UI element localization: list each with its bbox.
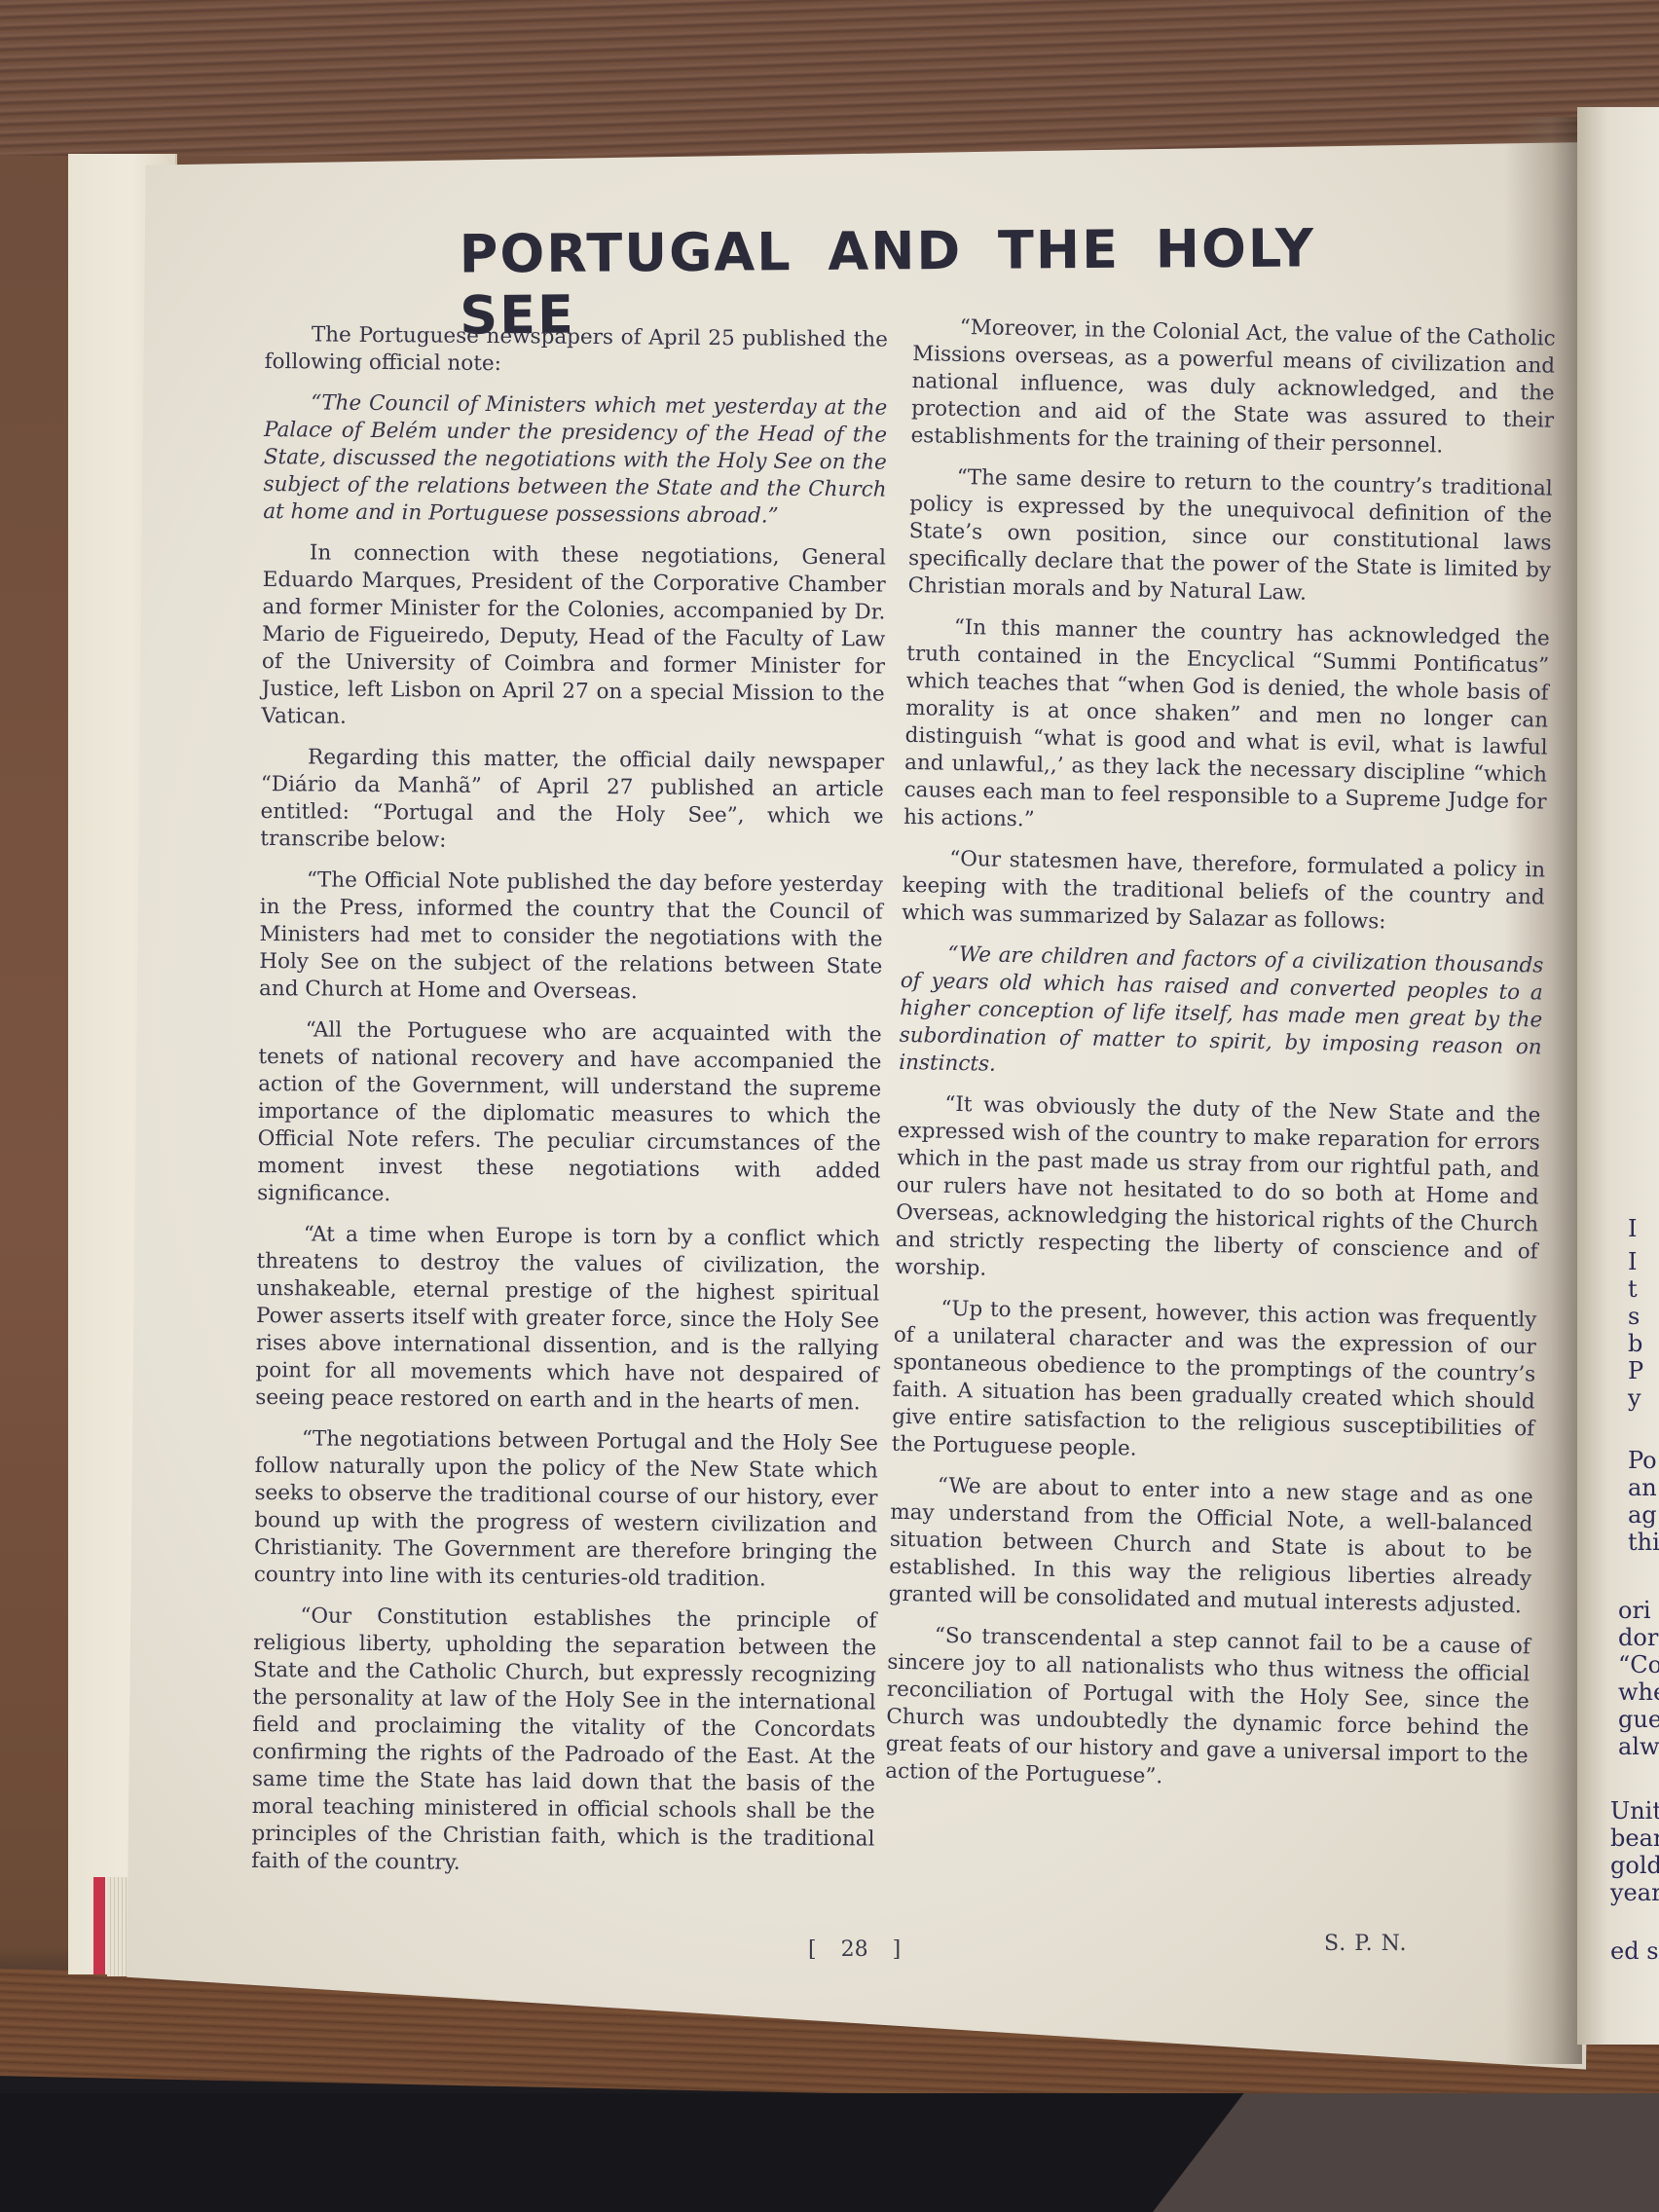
paragraph: “The same desire to return to the countr… [907, 463, 1553, 612]
paragraph: The Portuguese newspapers of April 25 pu… [265, 321, 888, 382]
wooden-table-top [0, 0, 1659, 156]
facing-page-text-fragment: I [1628, 1248, 1637, 1276]
signature: S. P. N. [1324, 1932, 1407, 1956]
right-column: “Moreover, in the Colonial Act, the valu… [885, 313, 1556, 1811]
paragraph: “So transcendental a step cannot fail to… [885, 1622, 1530, 1798]
facing-page-text-fragment: P [1628, 1357, 1643, 1385]
facing-page-text-fragment: Po [1628, 1447, 1657, 1475]
facing-page-text-fragment: thi [1628, 1529, 1659, 1557]
paragraph: Regarding this matter, the official dail… [260, 744, 884, 859]
paragraph: “The Official Note published the day bef… [259, 866, 883, 1009]
facing-page-text-fragment: b [1628, 1330, 1642, 1358]
paragraph: “It was obviously the duty of the New St… [895, 1090, 1541, 1294]
paragraph: “The negotiations between Portugal and t… [254, 1425, 878, 1595]
facing-page-text-fragment: s [1628, 1303, 1640, 1331]
facing-page-text-fragment: years [1610, 1879, 1659, 1907]
facing-page-text-fragment: ag [1628, 1501, 1657, 1530]
facing-page-text-fragment: y [1628, 1384, 1641, 1413]
facing-page-text-fragment: dor [1618, 1624, 1658, 1652]
paragraph: “At a time when Europe is torn by a conf… [255, 1221, 880, 1418]
paragraph: “The Council of Ministers which met yest… [263, 389, 887, 532]
facing-page: IItsbPyPoanagthioridor“CowheguealwaUnitb… [1577, 107, 1659, 2045]
page-number: [ 28 ] [808, 1937, 901, 1962]
facing-page-text-fragment: bear [1610, 1825, 1659, 1853]
paragraph: “All the Portuguese who are acquainted w… [257, 1016, 882, 1213]
facing-page-text-fragment: gue [1618, 1706, 1659, 1734]
paragraph: “We are about to enter into a new stage … [888, 1472, 1533, 1621]
facing-page-text-fragment: alwa [1618, 1733, 1659, 1761]
paragraph: In connection with these negotiations, G… [261, 539, 886, 736]
facing-page-text-fragment: whe [1618, 1678, 1659, 1707]
paragraph: “Our Constitution establishes the princi… [251, 1603, 876, 1881]
paragraph: “In this manner the country has acknowle… [903, 613, 1550, 844]
paragraph: “Up to the present, however, this action… [891, 1295, 1536, 1471]
left-column: The Portuguese newspapers of April 25 pu… [251, 321, 888, 1895]
facing-page-text-fragment: t [1628, 1275, 1638, 1304]
red-bookmark-edge [93, 1877, 105, 1974]
facing-page-text-fragment: ed su [1610, 1937, 1659, 1966]
facing-page-text-fragment: ori [1618, 1597, 1651, 1625]
facing-page-text-fragment: an [1628, 1474, 1657, 1502]
facing-page-text-fragment: I [1628, 1215, 1637, 1243]
paragraph: “Our statesmen have, therefore, formulat… [902, 845, 1545, 940]
paragraph: “We are children and factors of a civili… [899, 940, 1544, 1089]
facing-page-text-fragment: “Co [1618, 1651, 1659, 1679]
paragraph: “Moreover, in the Colonial Act, the valu… [910, 313, 1556, 462]
facing-page-text-fragment: golde [1610, 1852, 1659, 1880]
facing-page-text-fragment: Unit [1610, 1797, 1659, 1825]
